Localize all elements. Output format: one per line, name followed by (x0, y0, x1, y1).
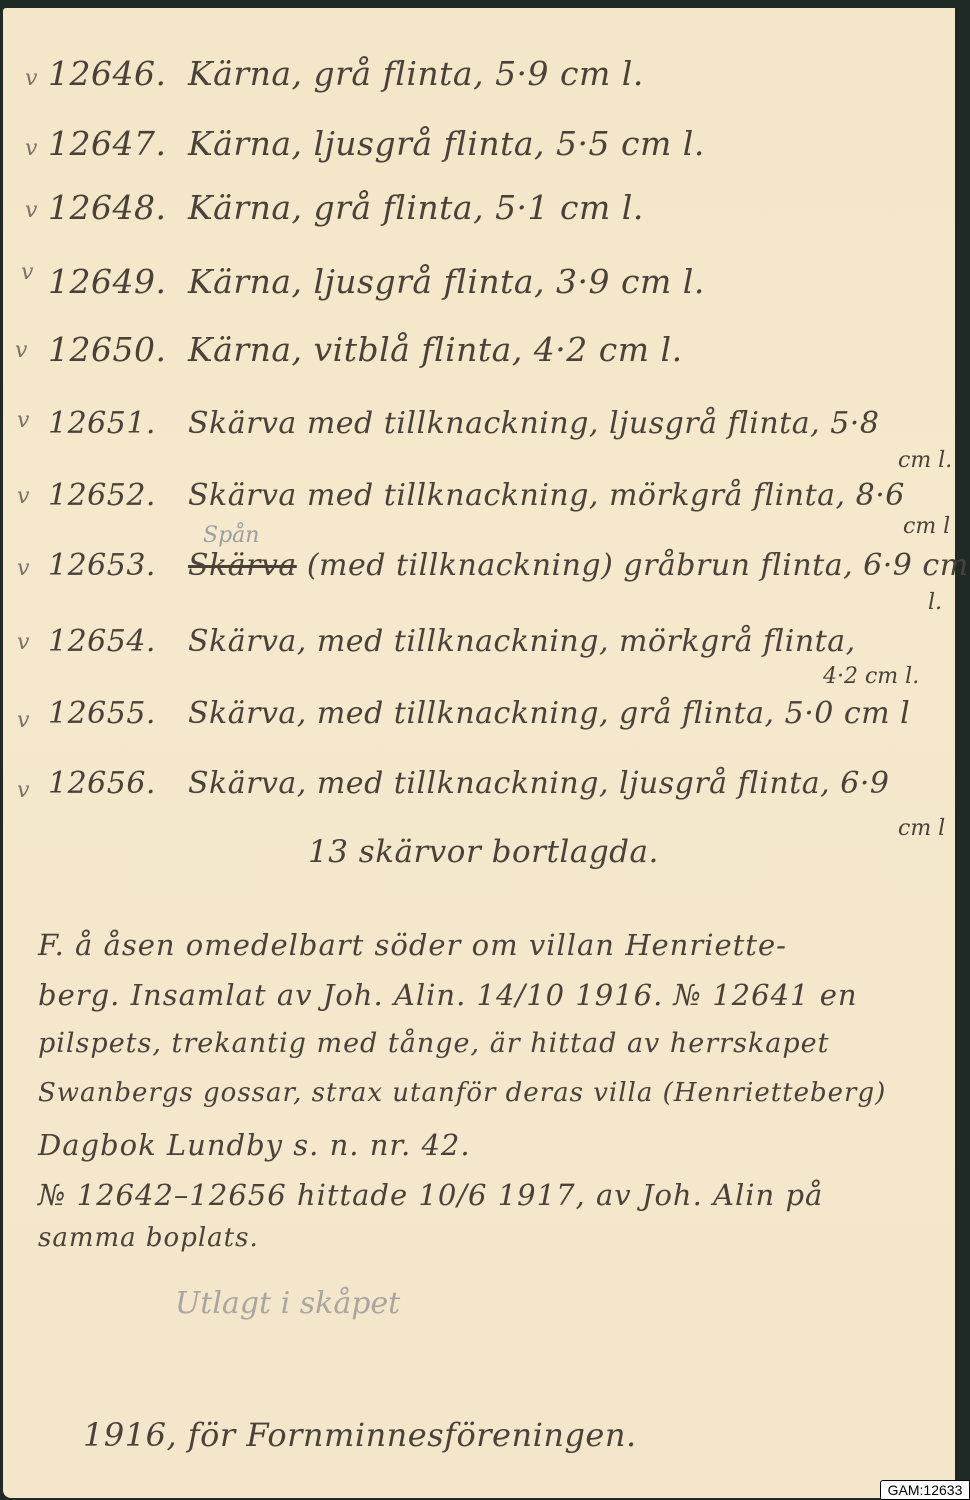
paragraph-line: Swanbergs gossar, strax utanför deras vi… (38, 1078, 886, 1108)
entry-12650: 12650.Kärna, vitblå flinta, 4·2 cm l. (48, 330, 683, 369)
entry-text: (med tillknackning) gråbrun flinta, 6·9 … (307, 548, 969, 583)
check-mark: v (17, 408, 29, 433)
check-mark: v (17, 708, 29, 733)
entry-number: 12649. (48, 262, 188, 301)
entry-text: Skärva, med tillknackning, ljusgrå flint… (188, 766, 889, 801)
entry-text: Skärva med tillknackning, ljusgrå flinta… (188, 406, 879, 441)
entry-text: Skärva med tillknackning, mörkgrå flinta… (188, 478, 905, 513)
correction-note: Spån (203, 523, 259, 548)
paragraph-line: samma boplats. (38, 1223, 259, 1253)
catalog-page: v 12646.Kärna, grå flinta, 5·9 cm l. v 1… (3, 8, 955, 1498)
entry-number: 12654. (48, 624, 188, 659)
check-mark: v (25, 66, 37, 91)
entry-text: Kärna, ljusgrå flinta, 5·5 cm l. (188, 124, 705, 163)
pencil-note: Utlagt i skåpet (175, 1286, 400, 1321)
paragraph-line: № 12642–12656 hittade 10/6 1917, av Joh.… (38, 1178, 823, 1212)
entry-12647: 12647.Kärna, ljusgrå flinta, 5·5 cm l. (48, 124, 705, 163)
entry-12653-unit: l. (928, 590, 942, 615)
check-mark: v (15, 338, 27, 363)
entry-text: Kärna, grå flinta, 5·9 cm l. (188, 54, 644, 93)
struck-text: Skärva (188, 548, 297, 583)
entry-number: 12650. (48, 330, 188, 369)
entry-number: 12655. (48, 696, 188, 731)
entry-12651-unit: cm l. (898, 448, 952, 473)
entry-number: 12646. (48, 54, 188, 93)
entry-12654: 12654.Skärva, med tillknackning, mörkgrå… (48, 624, 856, 659)
entry-12653: 12653.Skärva (med tillknackning) gråbrun… (48, 548, 969, 583)
entry-12646: 12646.Kärna, grå flinta, 5·9 cm l. (48, 54, 644, 93)
footer-note: 1916, för Fornminnesföreningen. (83, 1416, 637, 1454)
check-mark: v (17, 630, 29, 655)
entry-text: Skärva, med tillknackning, grå flinta, 5… (188, 696, 910, 731)
entry-number: 12648. (48, 188, 188, 227)
entry-text: Kärna, grå flinta, 5·1 cm l. (188, 188, 644, 227)
entry-12655: 12655.Skärva, med tillknackning, grå fli… (48, 696, 910, 731)
paragraph-line: pilspets, trekantig med tånge, är hittad… (38, 1028, 830, 1059)
entry-12651: 12651.Skärva med tillknackning, ljusgrå … (48, 406, 879, 441)
archive-id-stamp: GAM:12633 (880, 1480, 970, 1500)
check-mark: v (17, 778, 29, 803)
check-mark: v (17, 556, 29, 581)
entry-12649: 12649.Kärna, ljusgrå flinta, 3·9 cm l. (48, 262, 705, 301)
check-mark: v (17, 484, 29, 509)
paragraph-line: berg. Insamlat av Joh. Alin. 14/10 1916.… (38, 978, 858, 1012)
entry-number: 12653. (48, 548, 188, 583)
entry-12648: 12648.Kärna, grå flinta, 5·1 cm l. (48, 188, 644, 227)
paragraph-line: Dagbok Lundby s. n. nr. 42. (38, 1128, 471, 1162)
entry-12652-unit: cm l (903, 514, 950, 539)
entry-text: Skärva, med tillknackning, mörkgrå flint… (188, 624, 856, 659)
entry-number: 12652. (48, 478, 188, 513)
entry-number: 12651. (48, 406, 188, 441)
summary-note: 13 skärvor bortlagda. (308, 834, 659, 870)
entry-number: 12656. (48, 766, 188, 801)
entry-12656-unit: cm l (898, 816, 945, 841)
check-mark: v (25, 136, 37, 161)
entry-12652: 12652.Skärva med tillknackning, mörkgrå … (48, 478, 905, 513)
check-mark: v (25, 198, 37, 223)
entry-text: Kärna, vitblå flinta, 4·2 cm l. (188, 330, 683, 369)
check-mark: v (21, 260, 33, 285)
entry-text: Kärna, ljusgrå flinta, 3·9 cm l. (188, 262, 705, 301)
entry-number: 12647. (48, 124, 188, 163)
entry-12654-unit: 4·2 cm l. (823, 664, 919, 689)
entry-12656: 12656.Skärva, med tillknackning, ljusgrå… (48, 766, 889, 801)
paragraph-line: F. å åsen omedelbart söder om villan Hen… (38, 928, 787, 962)
